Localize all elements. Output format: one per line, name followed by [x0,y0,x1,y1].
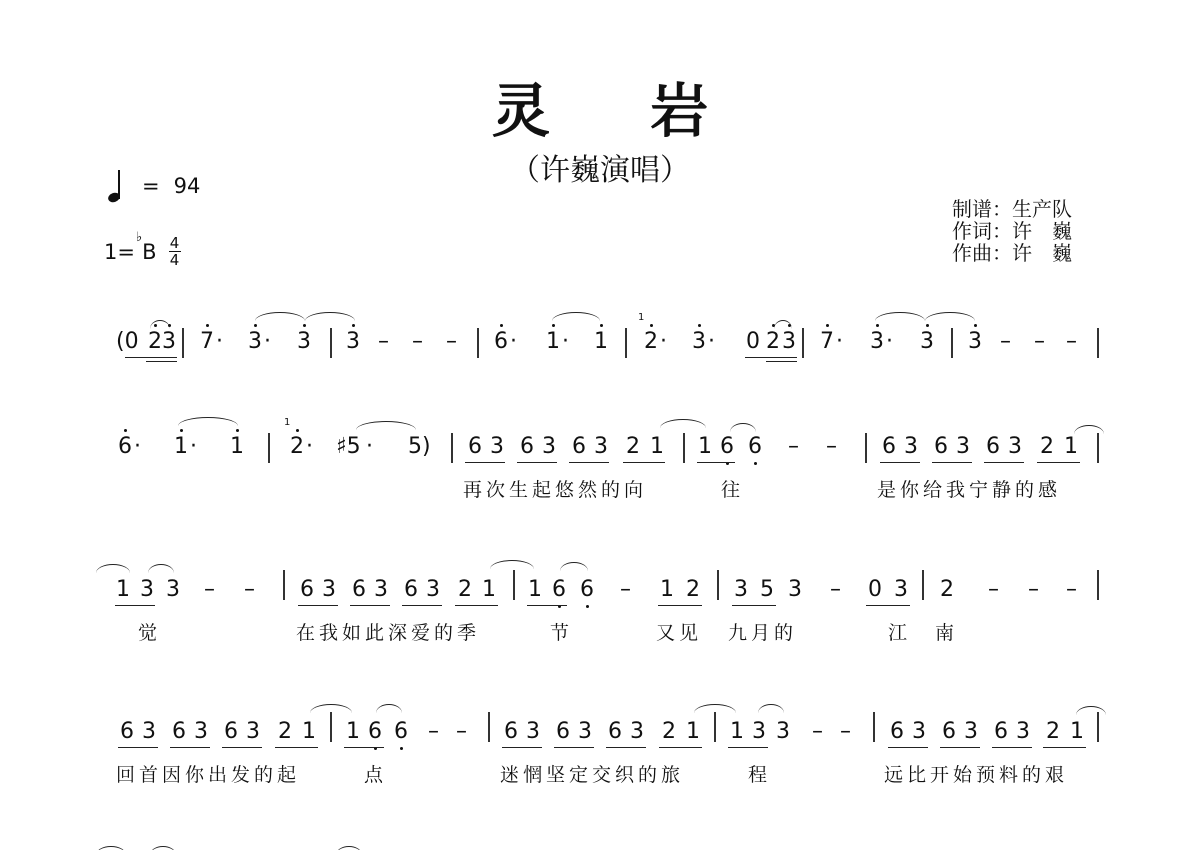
augmentation-dot: · [886,330,893,354]
note: 6 [404,578,418,602]
dash: – [204,578,215,602]
note: 1 [528,578,542,602]
credit-arranger: 制谱：生产队 [952,198,1072,220]
tempo-bpm: 94 [174,174,201,198]
dash: – [244,578,255,602]
note: 6 [504,720,518,744]
note: 3 [752,720,766,744]
augmentation-dot: · [134,435,141,459]
lyric: 程 [748,760,771,787]
note: 1 [686,720,700,744]
lyric: 在我如此深爱的季 [296,618,480,645]
time-signature-bottom: 4 [170,253,180,267]
note: 3 [594,435,608,459]
note: 1 [230,435,244,459]
augmentation-dot: · [306,435,313,459]
dash: – [1034,330,1045,354]
key-note: B [142,240,156,264]
note: 6 [882,435,896,459]
note: 6 [608,720,622,744]
dash: – [1000,330,1011,354]
note: 7 [820,330,834,354]
lyric: 往 [721,475,744,502]
note: 6 [368,720,382,744]
note: 3 [346,330,360,354]
key-signature: 1= ♭ B 4 4 [104,236,181,267]
note: 6 [748,435,762,459]
note: 6 [300,578,314,602]
note: 3 [894,578,908,602]
augmentation-dot: · [216,330,223,354]
note: 1 [1070,720,1084,744]
note: 1 [698,435,712,459]
lyric: 觉 [138,618,161,645]
note: 6 [942,720,956,744]
note: 6 [394,720,408,744]
note: 1 [594,330,608,354]
note: 3 [964,720,978,744]
note: 1 [660,578,674,602]
augmentation-dot: · [264,330,271,354]
note: 3 [166,578,180,602]
note: 3 [248,330,262,354]
dash: – [830,578,841,602]
note: 3 [542,435,556,459]
note: 2 [686,578,700,602]
note: 1 [730,720,744,744]
note: 6 [494,330,508,354]
note: 2 [290,435,304,459]
note: 2 [148,330,162,354]
note: 2 [278,720,292,744]
lyric: 节 [550,618,573,645]
augmentation-dot: · [510,330,517,354]
note: 2 [766,330,780,354]
note: 3 [956,435,970,459]
note: 3 [194,720,208,744]
note: 3 [490,435,504,459]
note: 3 [246,720,260,744]
dash: – [826,435,837,459]
note: 1 [650,435,664,459]
dash: – [840,720,851,744]
augmentation-dot: · [562,330,569,354]
score-line-1: (0 2 3 7 · 3 · 3 3 – – – 6 · 1 · 1 1 2 ·… [0,300,1200,410]
lyric: 迷惘坚定交织的旅 [500,760,684,787]
augmentation-dot: · [190,435,197,459]
note: 3 [968,330,982,354]
note: 3 [782,330,796,354]
note: 2 [626,435,640,459]
credit-composer: 作曲：许 巍 [952,242,1072,264]
lyric: 是你给我宁静的感 [877,475,1061,502]
note: 3 [578,720,592,744]
dash: – [428,720,439,744]
lyric: 再次生起悠然的向 [463,475,647,502]
score-line-3: 1 3 3 – – 6 3 6 3 6 3 2 1 1 6 6 – 1 2 3 … [0,548,1200,658]
note: 3 [630,720,644,744]
grace-note: 1 [638,312,644,323]
note: 3 [692,330,706,354]
dash: – [1066,330,1077,354]
note: 3 [162,330,176,354]
note: 1 [346,720,360,744]
key-prefix: 1= [104,240,135,264]
score-line-2: 6 · 1 · 1 1 2 · ♯5 · 5) 6 3 6 3 6 3 2 1 … [0,405,1200,515]
note: 3 [920,330,934,354]
note: 6 [986,435,1000,459]
note: 0 [868,578,882,602]
note: 3 [322,578,336,602]
time-signature-top: 4 [170,236,180,250]
note: ♯5 [336,435,361,459]
dash: – [1028,578,1039,602]
dash: – [788,435,799,459]
note: 6 [120,720,134,744]
augmentation-dot: · [660,330,667,354]
note: 3 [1016,720,1030,744]
note: 2 [1040,435,1054,459]
note: 2 [662,720,676,744]
flat-icon: ♭ [136,230,142,245]
note: 6 [520,435,534,459]
dash: – [446,330,457,354]
note: 3 [904,435,918,459]
augmentation-dot: · [366,435,373,459]
dash: – [812,720,823,744]
note: 7 [200,330,214,354]
note: 1 [482,578,496,602]
note: 1 [174,435,188,459]
lyric: 江 [888,618,911,645]
note: (0 [116,330,139,354]
quarter-note-icon [108,170,128,202]
note: 5) [408,435,431,459]
time-signature: 4 4 [169,236,181,267]
note: 6 [994,720,1008,744]
note: 6 [172,720,186,744]
dash: – [1066,578,1077,602]
note: 3 [870,330,884,354]
augmentation-dot: · [708,330,715,354]
note: 6 [468,435,482,459]
tempo-equals: = [142,174,160,198]
note: 2 [1046,720,1060,744]
grace-note: 1 [284,417,290,428]
note: 2 [644,330,658,354]
note: 2 [940,578,954,602]
credit-lyricist: 作词：许 巍 [952,220,1072,242]
credits-block: 制谱：生产队 作词：许 巍 作曲：许 巍 [952,198,1072,264]
note: 1 [116,578,130,602]
note: 3 [297,330,311,354]
lyric: 点 [364,760,387,787]
slur [96,846,126,850]
lyric: 回首因你出发的起 [116,760,300,787]
note: 6 [224,720,238,744]
score-line-4: 6 3 6 3 6 3 2 1 1 6 6 – – 6 3 6 3 6 3 2 … [0,690,1200,800]
note: 6 [556,720,570,744]
note: 6 [934,435,948,459]
note: 3 [426,578,440,602]
lyric: 南 [935,618,958,645]
note: 0 [746,330,760,354]
note: 3 [734,578,748,602]
tempo-marking: = 94 [108,170,200,202]
note: 3 [140,578,154,602]
note: 3 [526,720,540,744]
dash: – [620,578,631,602]
lyric: 远比开始预料的艰 [884,760,1068,787]
augmentation-dot: · [836,330,843,354]
note: 6 [552,578,566,602]
note: 3 [374,578,388,602]
note: 1 [546,330,560,354]
note: 6 [572,435,586,459]
dash: – [378,330,389,354]
slur [336,846,362,850]
lyric: 九月的 [728,618,797,645]
note: 1 [1064,435,1078,459]
note: 6 [720,435,734,459]
note: 5 [760,578,774,602]
dash: – [456,720,467,744]
note: 6 [580,578,594,602]
dash: – [412,330,423,354]
slur [150,846,176,850]
note: 3 [142,720,156,744]
dash: – [988,578,999,602]
note: 6 [890,720,904,744]
note: 3 [776,720,790,744]
note: 6 [352,578,366,602]
note: 3 [1008,435,1022,459]
note: 2 [458,578,472,602]
note: 6 [118,435,132,459]
song-title: 灵 岩 [0,64,1200,148]
note: 3 [788,578,802,602]
note: 3 [912,720,926,744]
lyric: 又见 [656,618,702,645]
note: 1 [302,720,316,744]
